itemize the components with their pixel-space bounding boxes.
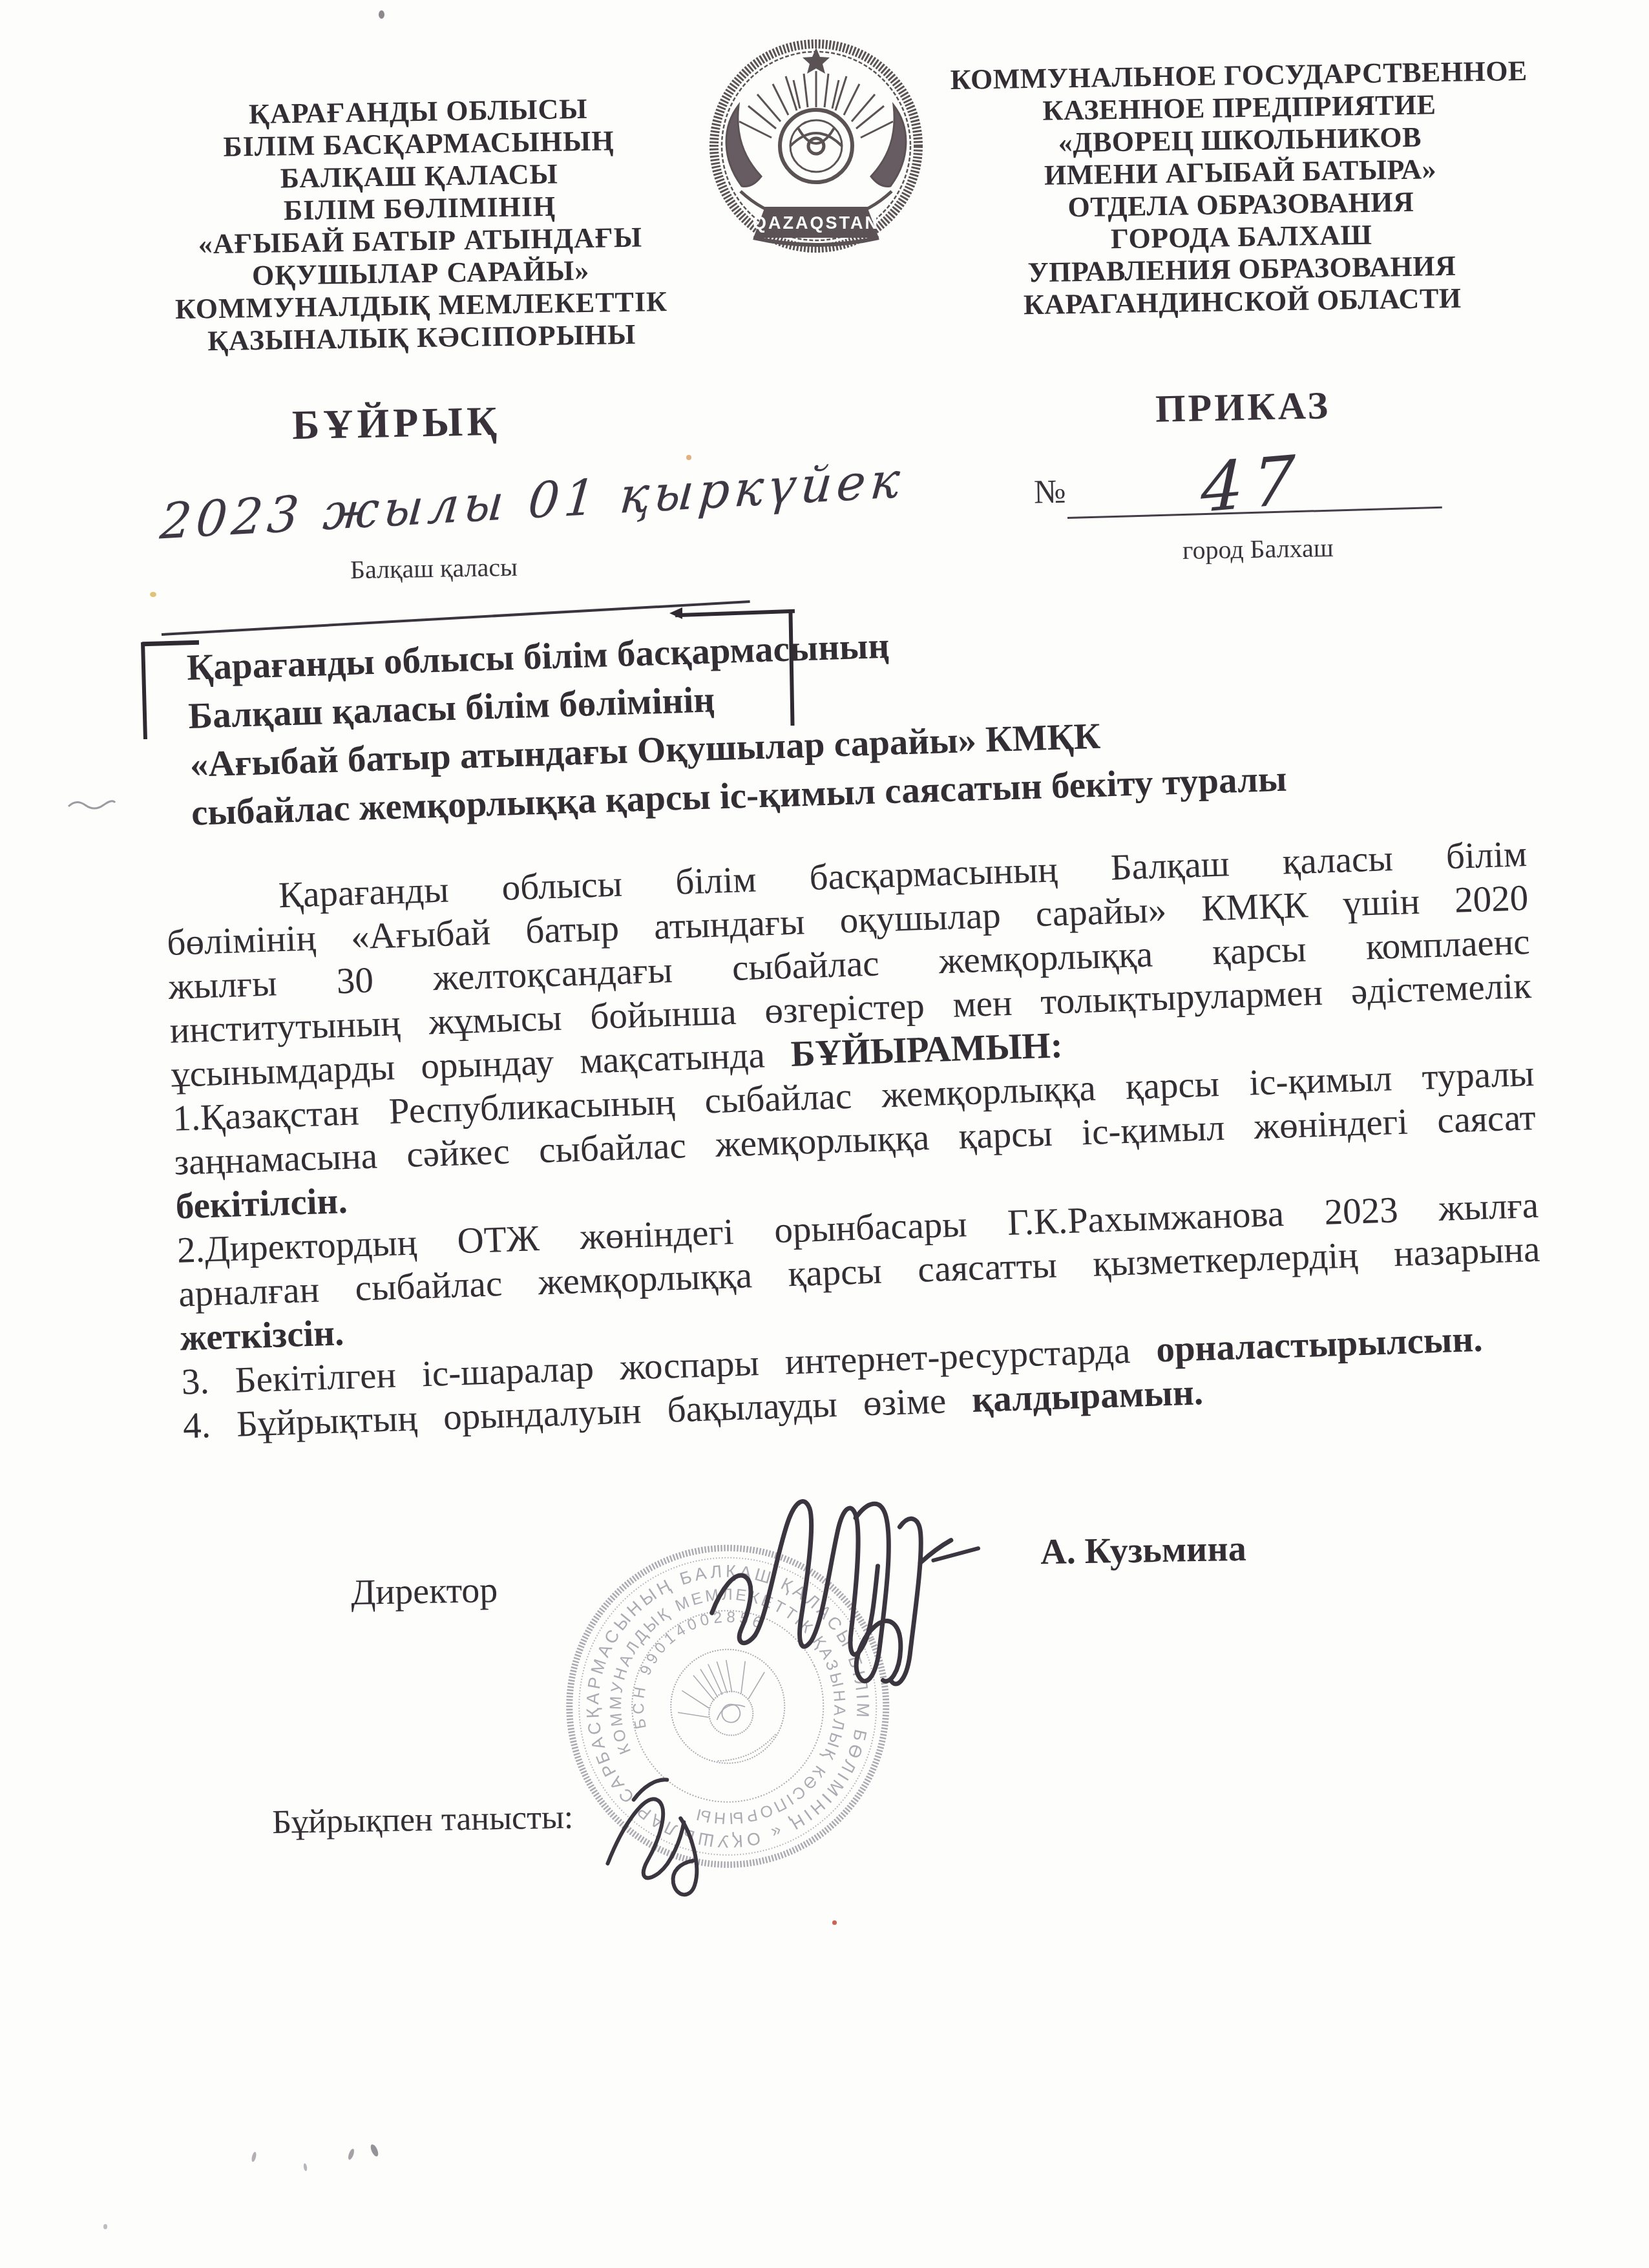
- scan-artifact: [103, 2224, 107, 2229]
- acknowledged-label: Бұйрықпен танысты:: [272, 1798, 574, 1842]
- director-name: А. Кузьмина: [1040, 1528, 1247, 1573]
- scan-artifact: [686, 455, 691, 460]
- acknowledgement-signature: [594, 1759, 752, 1904]
- director-signature: [691, 1486, 967, 1697]
- scanned-order-document: ҚАРАҒАНДЫ ОБЛЫСЫ БІЛІМ БАСҚАРМАСЫНЫҢ БАЛ…: [0, 0, 1649, 2268]
- scan-artifact: [832, 1920, 837, 1925]
- scan-artifact: [150, 592, 156, 597]
- scan-artifact: [379, 10, 384, 19]
- signature-block: Директор А. Кузьмина: [0, 0, 1649, 2267]
- pen-squiggle-mark: [66, 796, 118, 813]
- director-label: Директор: [351, 1570, 498, 1613]
